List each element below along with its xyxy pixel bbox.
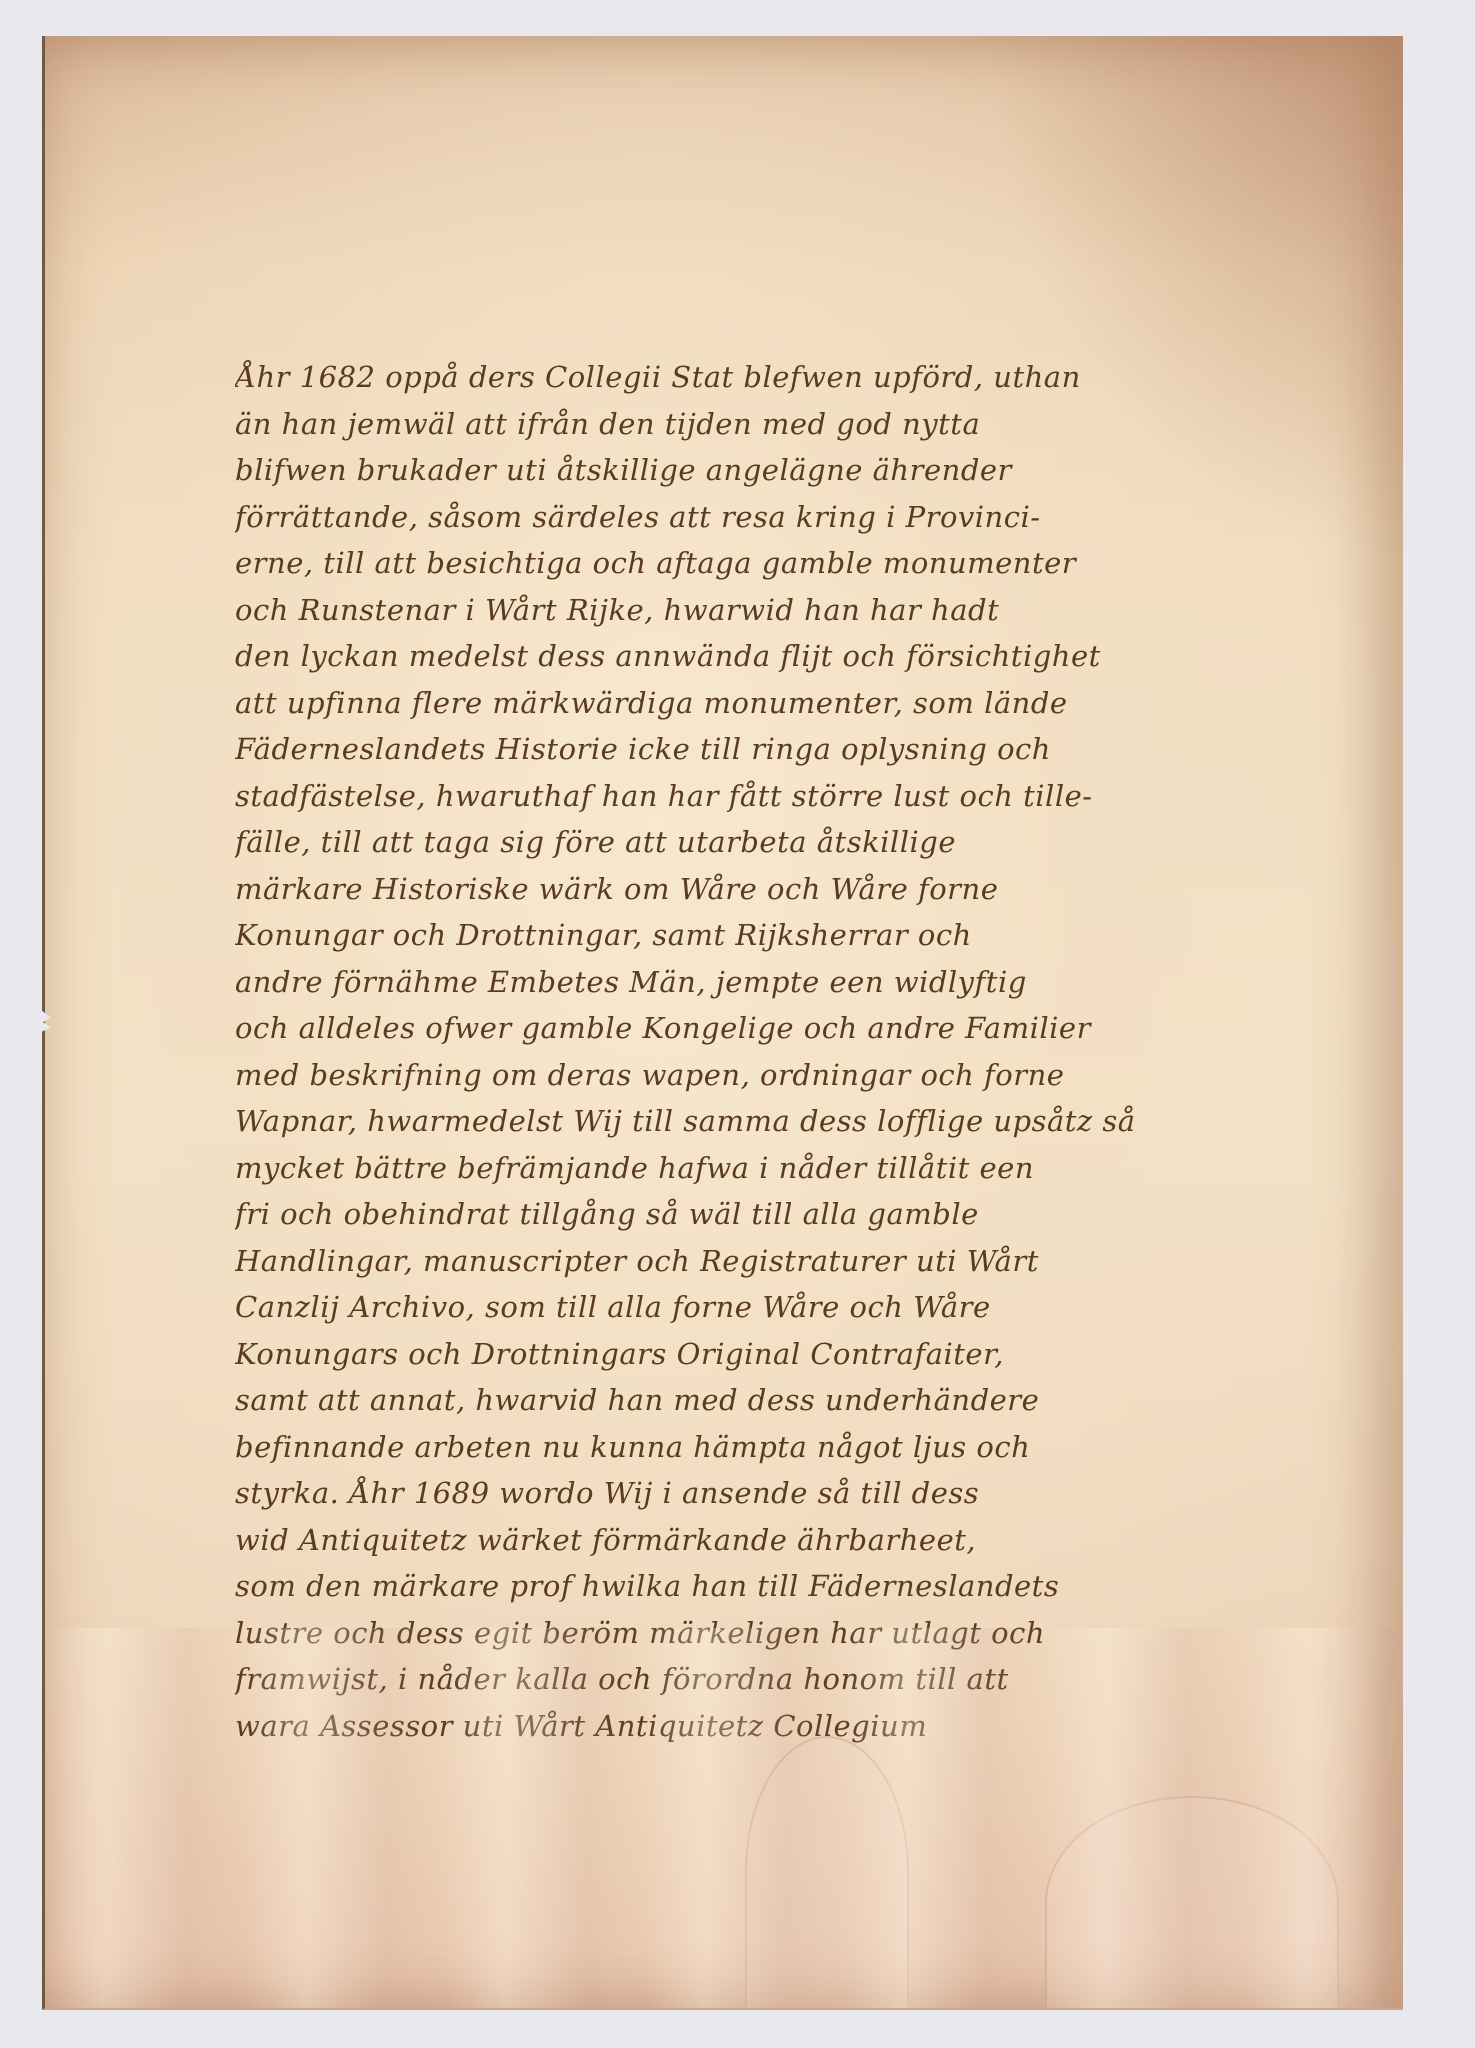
text-line: än han jemwäl att ifrån den tijden med g… — [235, 401, 1275, 448]
water-stain — [1045, 1796, 1339, 2008]
text-line: fri och obehindrat tillgång så wäl till … — [235, 1191, 1275, 1238]
text-line: som den märkare prof hwilka han till Fäd… — [235, 1563, 1275, 1610]
text-line: wara Assessor uti Wårt Antiquitetz Colle… — [235, 1703, 1275, 1750]
text-line: förrättande, såsom särdeles att resa kri… — [235, 494, 1275, 541]
text-line: Fäderneslandets Historie icke till ringa… — [235, 726, 1275, 773]
text-line: befinnande arbeten nu kunna hämpta något… — [235, 1424, 1275, 1471]
text-line: framwijst, i nåder kalla och förordna ho… — [235, 1656, 1275, 1703]
text-line: andre förnähme Embetes Män, jempte een w… — [235, 959, 1275, 1006]
text-line: lustre och dess egit beröm märkeligen ha… — [235, 1610, 1275, 1657]
scan-background: Åhr 1682 oppå ders Collegii Stat blefwen… — [0, 0, 1475, 2048]
text-line: Åhr 1682 oppå ders Collegii Stat blefwen… — [235, 354, 1275, 401]
text-line: blifwen brukader uti åtskillige angelägn… — [235, 447, 1275, 494]
water-stain — [745, 1736, 909, 2008]
text-line: Wapnar, hwarmedelst Wij till samma dess … — [235, 1098, 1275, 1145]
text-line: samt att annat, hwarvid han med dess und… — [235, 1377, 1275, 1424]
text-line: Konungar och Drottningar, samt Rijksherr… — [235, 912, 1275, 959]
text-line: Konungars och Drottningars Original Cont… — [235, 1331, 1275, 1378]
text-line: Handlingar, manuscripter och Registratur… — [235, 1238, 1275, 1285]
text-line: erne, till att besichtiga och aftaga gam… — [235, 540, 1275, 587]
handwritten-text: Åhr 1682 oppå ders Collegii Stat blefwen… — [235, 354, 1275, 1749]
text-line: fälle, till att taga sig före att utarbe… — [235, 819, 1275, 866]
torn-edge-notch — [41, 1010, 51, 1032]
text-line: Canzlij Archivo, som till alla forne Wår… — [235, 1284, 1275, 1331]
text-line: mycket bättre befrämjande hafwa i nåder … — [235, 1145, 1275, 1192]
text-line: wid Antiquitetz wärket förmärkande ährba… — [235, 1517, 1275, 1564]
text-line: och Runstenar i Wårt Rijke, hwarwid han … — [235, 587, 1275, 634]
text-line: med beskrifning om deras wapen, ordninga… — [235, 1052, 1275, 1099]
text-line: och alldeles ofwer gamble Kongelige och … — [235, 1005, 1275, 1052]
text-line: märkare Historiske wärk om Wåre och Wåre… — [235, 866, 1275, 913]
manuscript-page: Åhr 1682 oppå ders Collegii Stat blefwen… — [42, 36, 1403, 2010]
text-line: att upfinna flere märkwärdiga monumenter… — [235, 680, 1275, 727]
text-line: den lyckan medelst dess annwända flijt o… — [235, 633, 1275, 680]
text-line: stadfästelse, hwaruthaf han har fått stö… — [235, 773, 1275, 820]
text-line: styrka. Åhr 1689 wordo Wij i ansende så … — [235, 1470, 1275, 1517]
